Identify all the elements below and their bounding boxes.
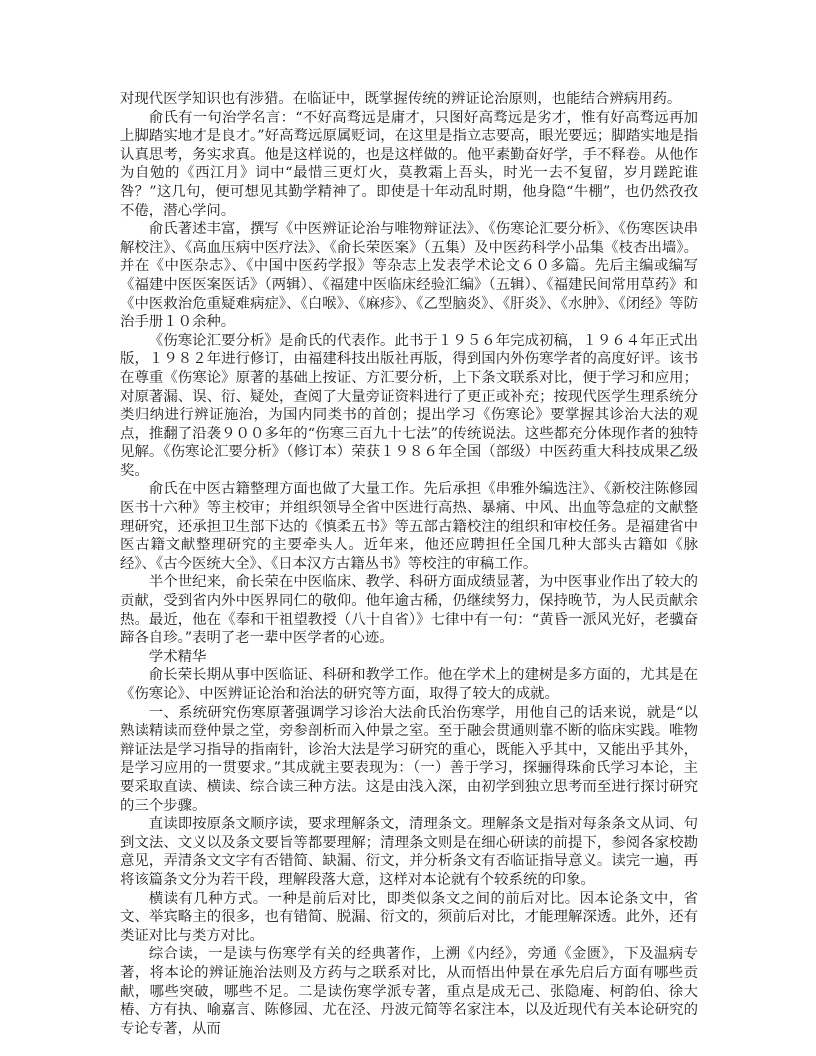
paragraph-comprehensive-reading: 综合读，一是读与伤寒学有关的经典著作，上溯《内经》，旁通《金匮》，下及温病专著，… bbox=[120, 945, 698, 1038]
paragraph-representative-work: 《伤寒论汇要分析》是俞氏的代表作。此书于１９５６年完成初稿，１９６４年正式出版，… bbox=[120, 332, 698, 481]
paragraph-systematic-study: 一、系统研究伤寒原著强调学习诊治大法俞氏治伤寒学，用他自己的话来说，就是“以熟读… bbox=[120, 704, 698, 816]
section-heading-academic-essence: 学术精华 bbox=[120, 648, 698, 667]
document-page: 对现代医学知识也有涉猎。在临证中，既掌握传统的辨证论治原则，也能结合辨病用药。 … bbox=[0, 0, 816, 1056]
paragraph-ancient-texts-work: 俞氏在中医古籍整理方面也做了大量工作。先后承担《串雅外编选注》、《新校注陈修园医… bbox=[120, 480, 698, 573]
paragraph-publications: 俞氏著述丰富，撰写《中医辨证论治与唯物辩证法》、《伤寒论汇要分析》、《伤寒医诀串… bbox=[120, 220, 698, 332]
paragraph-intro-continuation: 对现代医学知识也有涉猎。在临证中，既掌握传统的辨证论治原则，也能结合辨病用药。 bbox=[120, 90, 698, 109]
paragraph-half-century-achievements: 半个世纪来，俞长荣在中医临床、教学、科研方面成绩显著，为中医事业作出了较大的贡献… bbox=[120, 573, 698, 647]
document-text: 对现代医学知识也有涉猎。在临证中，既掌握传统的辨证论治原则，也能结合辨病用药。 … bbox=[120, 90, 698, 1038]
paragraph-horizontal-reading: 横读有几种方式。一种是前后对比，即类似条文之间的前后对比。因本论条文中，省文、举… bbox=[120, 890, 698, 946]
paragraph-academic-overview: 俞长荣长期从事中医临证、科研和教学工作。他在学术上的建树是多方面的，尤其是在《伤… bbox=[120, 666, 698, 703]
paragraph-direct-reading: 直读即按原条文顺序读，要求理解条文，清理条文。理解条文是指对每条条文从词、句到文… bbox=[120, 815, 698, 889]
paragraph-study-motto: 俞氏有一句治学名言：“不好高骛远是庸才，只图好高骛远是劣才，惟有好高骛远再加上脚… bbox=[120, 109, 698, 221]
